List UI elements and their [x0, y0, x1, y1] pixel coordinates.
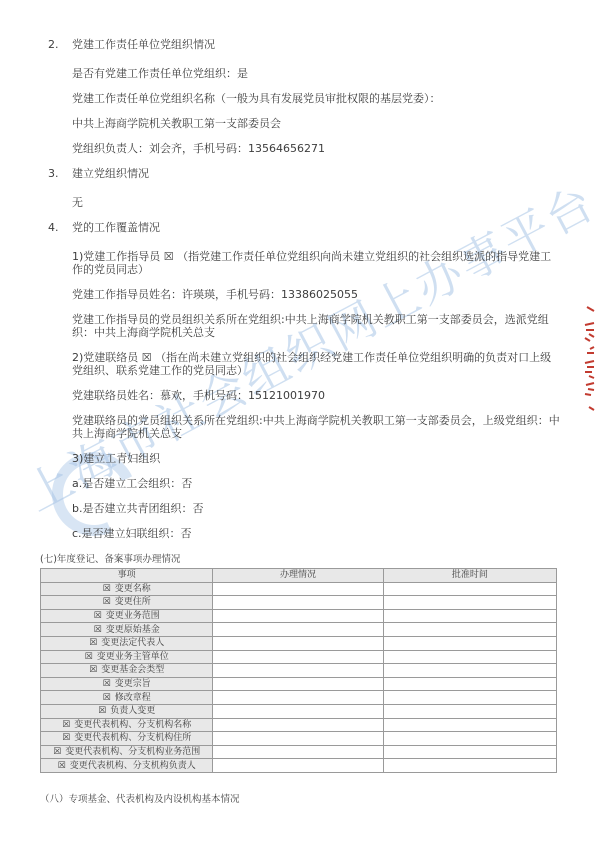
section-number: 2.	[48, 38, 59, 51]
column-header-status: 办理情况	[213, 569, 383, 583]
checkbox-icon: ☒	[58, 761, 66, 771]
item-cell: ☒变更业务主管单位	[41, 650, 213, 664]
paragraph: 党建联络员的党员组织关系所在党组织:中共上海商学院机关教职工第一支部委员会，上级…	[72, 414, 561, 440]
status-cell	[213, 582, 383, 596]
item-cell: ☒变更法定代表人	[41, 636, 213, 650]
checkbox-icon: ☒	[98, 706, 106, 716]
item-label: 修改章程	[115, 693, 151, 703]
paragraph: 2)党建联络员 ☒ （指在尚未建立党组织的社会组织经党建工作责任单位党组织明确的…	[72, 351, 561, 377]
table-row: ☒变更业务范围	[41, 609, 557, 623]
checkbox-icon: ☒	[94, 625, 102, 635]
status-cell	[213, 732, 383, 746]
approval-time-cell	[383, 732, 556, 746]
next-section-heading: （八）专项基金、代表机构及内设机构基本情况	[40, 794, 561, 805]
status-cell	[213, 596, 383, 610]
table-row: ☒变更代表机构、分支机构业务范围	[41, 745, 557, 759]
paragraph: c.是否建立妇联组织：否	[72, 527, 561, 540]
status-cell	[213, 759, 383, 773]
item-label: 变更法定代表人	[101, 638, 164, 648]
status-cell	[213, 691, 383, 705]
item-label: 变更宗旨	[115, 679, 151, 689]
table-row: ☒变更名称	[41, 582, 557, 596]
checkbox-icon: ☒	[103, 679, 111, 689]
table-row: ☒变更代表机构、分支机构住所	[41, 732, 557, 746]
approval-time-cell	[383, 704, 556, 718]
approval-time-cell	[383, 596, 556, 610]
registry-table-body: ☒变更名称 ☒变更住所 ☒变更业务范围 ☒变更原始基金	[41, 582, 557, 772]
table-row: ☒变更住所	[41, 596, 557, 610]
section-party-responsible-unit: 2. 党建工作责任单位党组织情况 是否有党建工作责任单位党组织：是 党建工作责任…	[48, 38, 561, 155]
approval-time-cell	[383, 623, 556, 637]
registry-table: 事项 办理情况 批准时间 ☒变更名称 ☒变更住所 ☒变更业务范围	[40, 568, 557, 773]
column-header-item: 事项	[41, 569, 213, 583]
item-label: 变更代表机构、分支机构住所	[74, 733, 191, 743]
section-party-org-establishment: 3. 建立党组织情况 无	[48, 167, 561, 209]
item-label: 负责人变更	[110, 706, 155, 716]
paragraph: 是否有党建工作责任单位党组织：是	[72, 67, 561, 80]
item-cell: ☒变更代表机构、分支机构业务范围	[41, 745, 213, 759]
table-row: ☒变更代表机构、分支机构名称	[41, 718, 557, 732]
checkbox-icon: ☒	[103, 584, 111, 594]
item-cell: ☒变更代表机构、分支机构名称	[41, 718, 213, 732]
status-cell	[213, 745, 383, 759]
paragraph: 3)建立工青妇组织	[72, 452, 561, 465]
paragraph: 党建联络员姓名：慕欢，手机号码：15121001970	[72, 389, 561, 402]
approval-time-cell	[383, 636, 556, 650]
item-cell: ☒修改章程	[41, 691, 213, 705]
table-row: ☒变更业务主管单位	[41, 650, 557, 664]
document-body: 2. 党建工作责任单位党组织情况 是否有党建工作责任单位党组织：是 党建工作责任…	[0, 0, 595, 805]
item-cell: ☒变更原始基金	[41, 623, 213, 637]
item-label: 变更业务主管单位	[97, 652, 169, 662]
paragraph: 无	[72, 196, 561, 209]
approval-time-cell	[383, 691, 556, 705]
section-number: 3.	[48, 167, 59, 180]
approval-time-cell	[383, 582, 556, 596]
approval-time-cell	[383, 650, 556, 664]
approval-time-cell	[383, 664, 556, 678]
status-cell	[213, 677, 383, 691]
status-cell	[213, 664, 383, 678]
item-cell: ☒变更代表机构、分支机构负责人	[41, 759, 213, 773]
table-header-row: 事项 办理情况 批准时间	[41, 569, 557, 583]
item-label: 变更名称	[115, 584, 151, 594]
item-cell: ☒变更宗旨	[41, 677, 213, 691]
status-cell	[213, 623, 383, 637]
section-party-work-coverage: 4. 党的工作覆盖情况 1)党建工作指导员 ☒ （指党建工作责任单位党组织向尚未…	[48, 221, 561, 540]
checkbox-icon: ☒	[85, 652, 93, 662]
paragraph: 党建工作指导员的党员组织关系所在党组织:中共上海商学院机关教职工第一支部委员会，…	[72, 313, 561, 339]
item-cell: ☒变更住所	[41, 596, 213, 610]
table-row: ☒变更法定代表人	[41, 636, 557, 650]
approval-time-cell	[383, 609, 556, 623]
approval-time-cell	[383, 759, 556, 773]
item-label: 变更代表机构、分支机构业务范围	[65, 747, 200, 757]
item-label: 变更业务范围	[106, 611, 160, 621]
item-cell: ☒变更代表机构、分支机构住所	[41, 732, 213, 746]
paragraph: a.是否建立工会组织：否	[72, 477, 561, 490]
checkbox-icon: ☒	[53, 747, 61, 757]
table-row: ☒负责人变更	[41, 704, 557, 718]
document-page: 上海市社会组织网上办事平台 2. 党建工作责任单位党组织情况 是否有党建工作责任…	[0, 0, 595, 842]
checkbox-icon: ☒	[89, 665, 97, 675]
table-row: ☒变更基金会类型	[41, 664, 557, 678]
item-cell: ☒变更基金会类型	[41, 664, 213, 678]
item-cell: ☒变更业务范围	[41, 609, 213, 623]
paragraph: 1)党建工作指导员 ☒ （指党建工作责任单位党组织向尚未建立党组织的社会组织选派…	[72, 250, 561, 276]
checkbox-icon: ☒	[103, 693, 111, 703]
registry-table-heading: (七)年度登记、备案事项办理情况	[40, 554, 561, 565]
table-row: ☒变更原始基金	[41, 623, 557, 637]
section-title: 党建工作责任单位党组织情况	[72, 38, 561, 51]
checkbox-icon: ☒	[62, 720, 70, 730]
status-cell	[213, 718, 383, 732]
item-label: 变更代表机构、分支机构名称	[74, 720, 191, 730]
paragraph: b.是否建立共青团组织：否	[72, 502, 561, 515]
table-row: ☒变更代表机构、分支机构负责人	[41, 759, 557, 773]
column-header-approval-time: 批准时间	[383, 569, 556, 583]
checkbox-icon: ☒	[94, 611, 102, 621]
status-cell	[213, 609, 383, 623]
checkbox-icon: ☒	[89, 638, 97, 648]
item-label: 变更原始基金	[106, 625, 160, 635]
paragraph: 党组织负责人：刘会齐，手机号码：13564656271	[72, 142, 561, 155]
table-row: ☒修改章程	[41, 691, 557, 705]
paragraph: 中共上海商学院机关教职工第一支部委员会	[72, 117, 561, 130]
section-title: 建立党组织情况	[72, 167, 561, 180]
status-cell	[213, 704, 383, 718]
section-title: 党的工作覆盖情况	[72, 221, 561, 234]
section-number: 4.	[48, 221, 59, 234]
paragraph: 党建工作责任单位党组织名称（一般为具有发展党员审批权限的基层党委）：	[72, 92, 561, 105]
item-label: 变更基金会类型	[101, 665, 164, 675]
item-label: 变更住所	[115, 597, 151, 607]
approval-time-cell	[383, 718, 556, 732]
approval-time-cell	[383, 745, 556, 759]
checkbox-icon: ☒	[103, 597, 111, 607]
red-stamp-fragment-icon	[581, 303, 595, 413]
item-cell: ☒变更名称	[41, 582, 213, 596]
table-row: ☒变更宗旨	[41, 677, 557, 691]
status-cell	[213, 636, 383, 650]
item-cell: ☒负责人变更	[41, 704, 213, 718]
status-cell	[213, 650, 383, 664]
paragraph: 党建工作指导员姓名：许瑛瑛，手机号码：13386025055	[72, 288, 561, 301]
item-label: 变更代表机构、分支机构负责人	[70, 761, 196, 771]
approval-time-cell	[383, 677, 556, 691]
checkbox-icon: ☒	[62, 733, 70, 743]
